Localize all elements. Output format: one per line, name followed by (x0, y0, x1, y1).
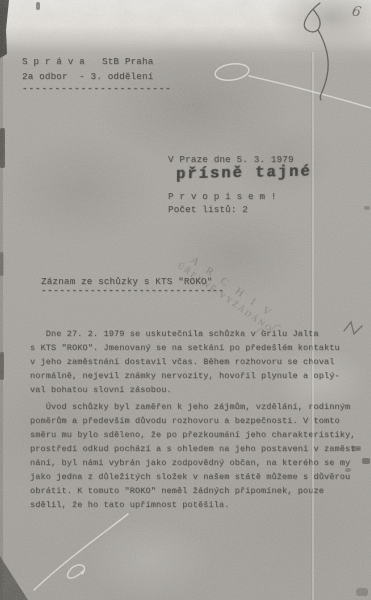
paragraph-2: Úvod schůzky byl zaměřen k jeho zájmům, … (30, 400, 361, 512)
body-line: s KTS "ROKO". Jmenovaný se na setkání po… (30, 341, 340, 355)
handwritten-corner-number: 6 (350, 3, 362, 21)
letterhead-office: S p r á v a StB Praha (22, 54, 172, 69)
paragraph-1: Dne 27. 2. 1979 se uskutečnila schůzka v… (30, 327, 340, 397)
letterhead: S p r á v a StB Praha 2a odbor - 3. oddě… (22, 54, 172, 96)
body-line: normálně, nejevil známky nervozity, hovo… (30, 369, 340, 383)
secrecy-stamp: přísně tajné (176, 163, 312, 184)
subject-block: Záznam ze schůzky s KTS "ROKO" ---------… (41, 276, 224, 296)
original-copy-note: P r v o p i s e m ! (168, 190, 294, 203)
body-line: směru mu bylo sděleno, že po přezkoumání… (30, 428, 361, 442)
document-content: S p r á v a StB Praha 2a odbor - 3. oddě… (0, 0, 371, 600)
body-line: Úvod schůzky byl zaměřen k jeho zájmům, … (30, 400, 361, 414)
body-line: v jeho zaměstnání dostavil včas. Během r… (30, 355, 340, 369)
body-line: obrátit. K tomuto "ROKO" neměl žádných p… (30, 484, 361, 498)
body-line: val bohatou slovní zásobou. (30, 383, 340, 397)
letterhead-underline: ----------------------- (22, 81, 172, 96)
body-line: sdělil, že ho tato upřímnost potěšila. (30, 498, 361, 512)
subject-underline: ------------------------------ (41, 285, 224, 296)
sheet-count: Počet listů: 2 (168, 203, 294, 216)
body-line: nání, byl námi vybrán jako zodpovědný ob… (30, 456, 361, 470)
body-line: prostředí odkud pochází a s ohledem na j… (30, 442, 361, 456)
body-line: jako jedna z důležitých složek v našem s… (30, 470, 361, 484)
document-page: S p r á v a StB Praha 2a odbor - 3. oddě… (0, 0, 371, 600)
body-line: poměrům a především důvodu rozhovoru a b… (30, 414, 361, 428)
body-line: Dne 27. 2. 1979 se uskutečnila schůzka v… (30, 327, 340, 341)
